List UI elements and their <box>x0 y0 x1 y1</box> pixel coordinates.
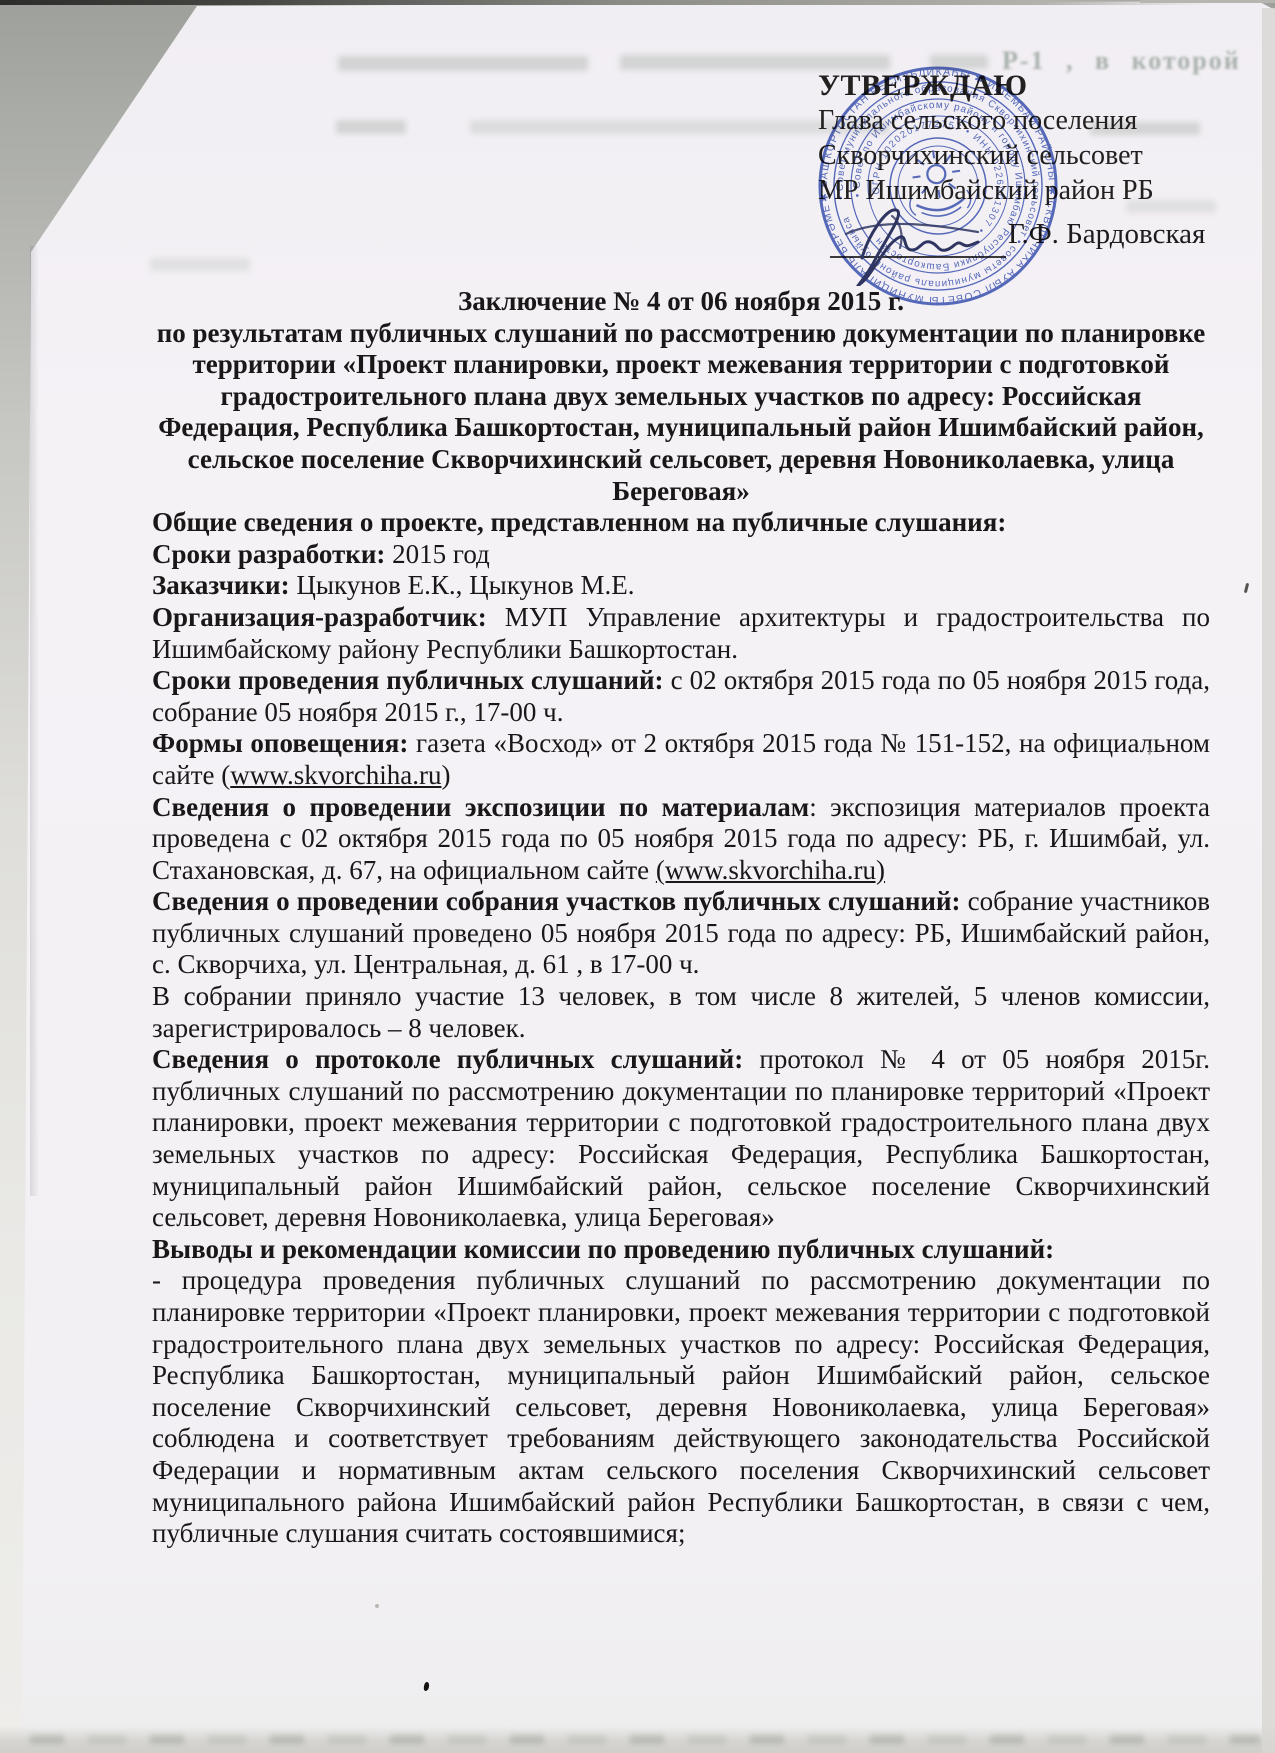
paragraph-attendance: В собрании приняло участие 13 человек, в… <box>152 981 1210 1044</box>
scan-bottom-smudge <box>30 1735 1260 1744</box>
paragraph-development-terms: Сроки разработки: 2015 год <box>152 539 1210 571</box>
document-subtitle: по результатам публичных слушаний по рас… <box>152 318 1210 508</box>
site-url: www.skvorchiha.ru <box>230 760 441 790</box>
ghost-bleed-bar <box>930 55 988 69</box>
ghost-bleed-bar <box>338 56 588 71</box>
heading-conclusions: Выводы и рекомендации комиссии по провед… <box>152 1234 1210 1266</box>
scanner-top-edge-right <box>1140 0 1275 3</box>
approval-label: УТВЕРЖДАЮ <box>818 68 1154 103</box>
scan-speck <box>375 1604 379 1608</box>
document-body: Заключение № 4 от 06 ноября 2015 г. по р… <box>152 286 1210 1550</box>
paper-left-edge-shadow <box>30 246 39 1196</box>
scanner-right-strip <box>1262 8 1275 1753</box>
paragraph-exposition: Сведения о проведении экспозиции по мате… <box>152 792 1210 887</box>
scanned-document-page: { "approval": { "label": "УТВЕРЖДАЮ", "l… <box>0 0 1275 1753</box>
approval-line: Скворчихинский сельсовет <box>818 138 1154 173</box>
site-url: (www.skvorchiha.ru) <box>656 855 885 885</box>
paragraph-customers: Заказчики: Цыкунов Е.К., Цыкунов М.Е. <box>152 570 1210 602</box>
approval-line: Глава сельского поселения <box>818 103 1154 138</box>
heading-general-info: Общие сведения о проекте, представленном… <box>152 507 1210 539</box>
document-title: Заключение № 4 от 06 ноября 2015 г. <box>152 286 1210 318</box>
approval-block: УТВЕРЖДАЮ Глава сельского поселения Скво… <box>818 68 1154 208</box>
scanner-top-edge <box>0 0 1210 5</box>
ghost-bleed-bar <box>150 258 250 271</box>
paragraph-developer-org: Организация-разработчик: МУП Управление … <box>152 602 1210 665</box>
paragraph-protocol: Сведения о протоколе публичных слушаний:… <box>152 1044 1210 1234</box>
ghost-bleed-bar <box>336 120 406 134</box>
paragraph-hearing-terms: Сроки проведения публичных слушаний: с 0… <box>152 665 1210 728</box>
paragraph-procedure-conclusion: - процедура проведения публичных слушани… <box>152 1265 1210 1549</box>
signature-scribble <box>840 196 1040 286</box>
paragraph-notice-forms: Формы оповещения: газета «Восход» от 2 о… <box>152 728 1210 791</box>
paragraph-meeting: Сведения о проведении собрания участков … <box>152 886 1210 981</box>
